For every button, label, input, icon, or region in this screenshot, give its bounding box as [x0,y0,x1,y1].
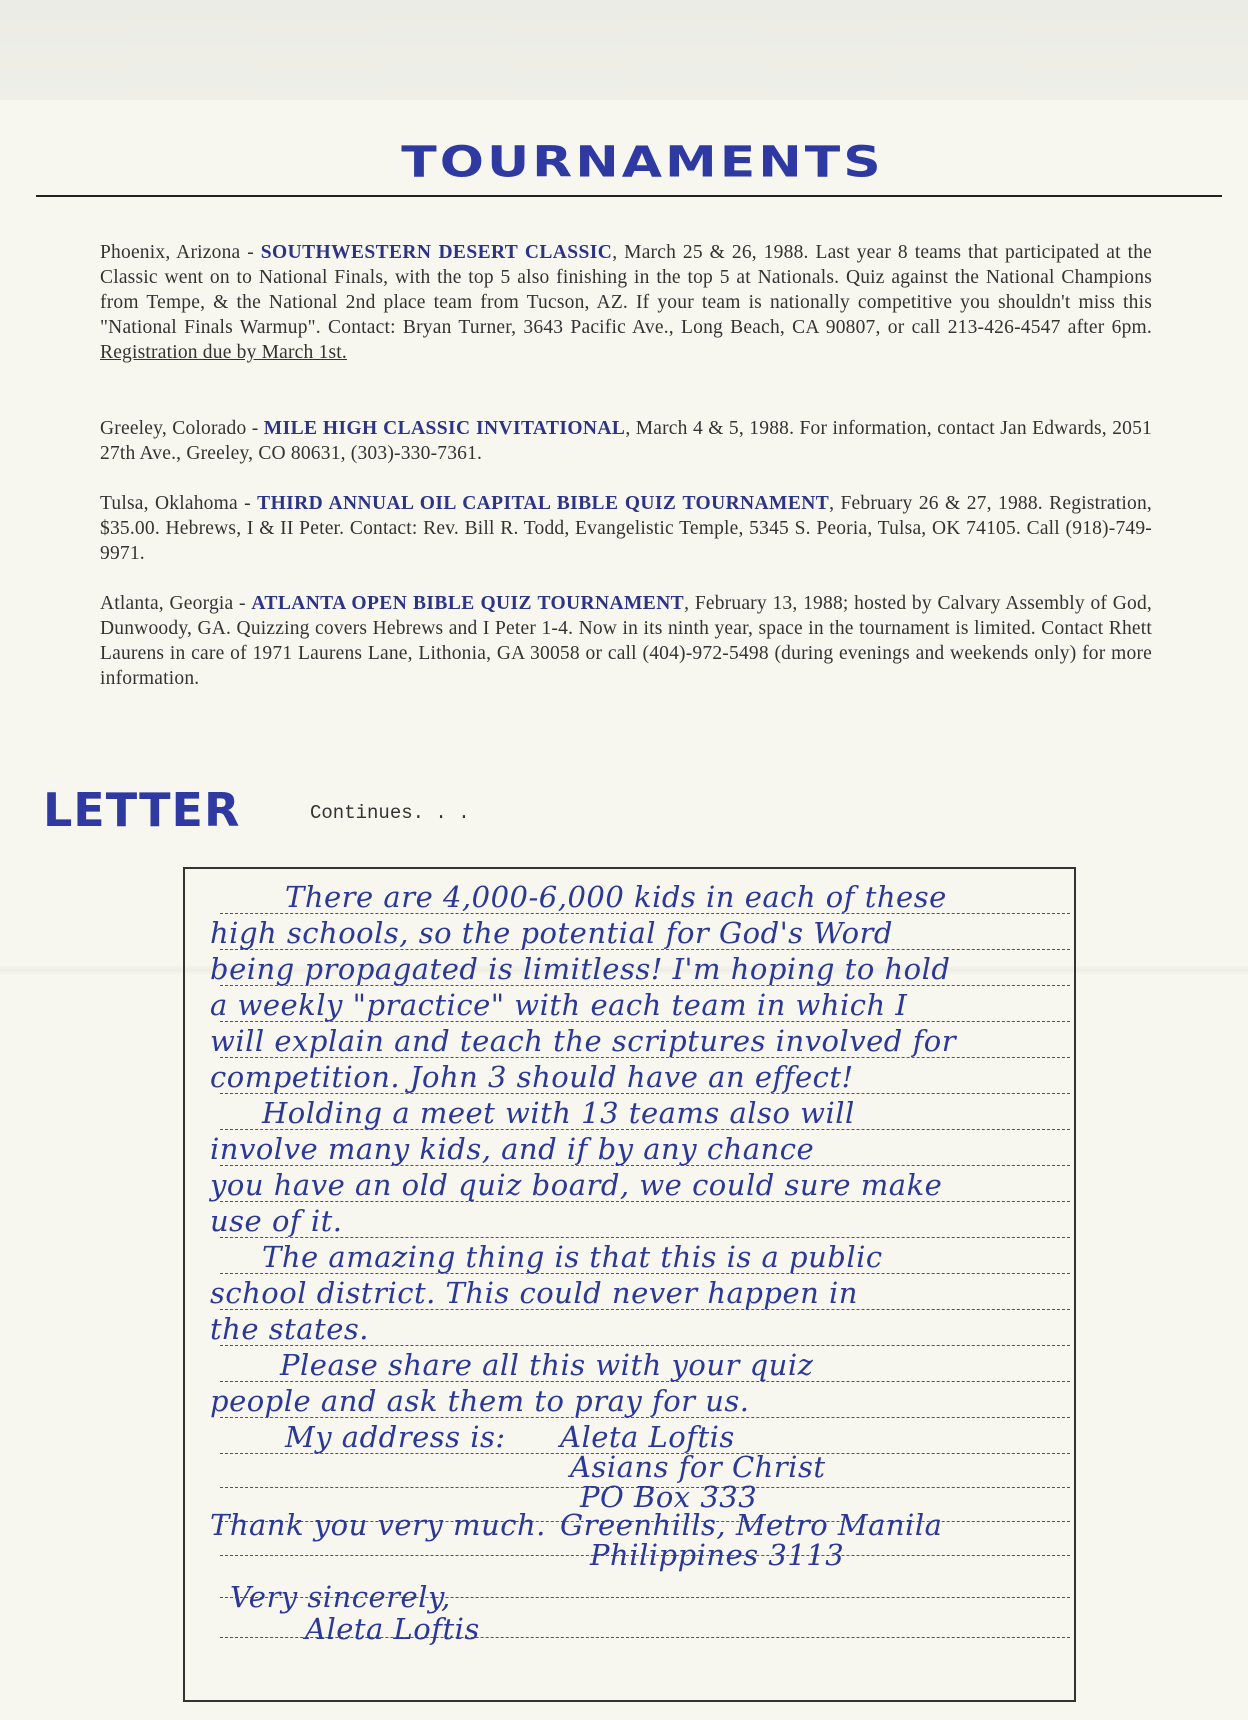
tournament-name: ATLANTA OPEN BIBLE QUIZ TOURNAMENT [251,593,684,614]
letter-line: you have an old quiz board, we could sur… [210,1168,942,1202]
letter-line: a weekly "practice" with each team in wh… [210,988,907,1022]
page-title: TOURNAMENTS [0,138,1248,187]
letter-line: involve many kids, and if by any chance [210,1132,814,1166]
letter-line: the states. [210,1312,369,1346]
scan-top-margin [0,0,1248,100]
letter-line: Holding a meet with 13 teams also will [262,1096,855,1130]
tournament-location: Atlanta, Georgia - [100,593,251,614]
tournament-name: THIRD ANNUAL OIL CAPITAL BIBLE QUIZ TOUR… [257,493,829,514]
tournament-location: Phoenix, Arizona - [100,242,261,263]
letter-line: school district. This could never happen… [210,1276,858,1310]
tournament-location: Greeley, Colorado - [100,418,264,439]
ruled-line [220,1237,1070,1238]
tournament-entry: Phoenix, Arizona - SOUTHWESTERN DESERT C… [100,240,1152,365]
address-line: Asians for Christ [570,1450,825,1484]
letter-closing: Very sincerely, [230,1580,451,1614]
letter-line: being propagated is limitless! I'm hopin… [210,952,950,986]
title-divider [36,195,1222,197]
registration-note: Registration due by March 1st. [100,342,347,363]
letter-line: Please share all this with your quiz [280,1348,813,1382]
letter-line: people and ask them to pray for us. [210,1384,750,1418]
tournament-name: SOUTHWESTERN DESERT CLASSIC [261,242,612,263]
letter-line: There are 4,000-6,000 kids in each of th… [285,880,947,914]
letter-line: Thank you very much. [210,1508,546,1542]
tournament-entry: Atlanta, Georgia - ATLANTA OPEN BIBLE QU… [100,591,1152,691]
letter-line: use of it. [210,1204,343,1238]
letter-line: My address is: [285,1420,506,1454]
letter-signature: Aleta Loftis [305,1612,480,1646]
tournament-name: MILE HIGH CLASSIC INVITATIONAL [264,418,626,439]
address-line: Greenhills, Metro Manila [560,1508,942,1542]
letter-subheading: Continues. . . [310,802,470,824]
letter-heading: LETTER [43,783,240,837]
letter-line: will explain and teach the scriptures in… [210,1024,956,1058]
address-line: Philippines 3113 [590,1538,844,1572]
letter-line: competition. John 3 should have an effec… [210,1060,854,1094]
letter-line: high schools, so the potential for God's… [210,916,893,950]
tournament-entry: Tulsa, Oklahoma - THIRD ANNUAL OIL CAPIT… [100,491,1152,566]
letter-line: The amazing thing is that this is a publ… [262,1240,883,1274]
address-line: Aleta Loftis [560,1420,735,1454]
tournament-entry: Greeley, Colorado - MILE HIGH CLASSIC IN… [100,416,1152,466]
tournament-location: Tulsa, Oklahoma - [100,493,257,514]
